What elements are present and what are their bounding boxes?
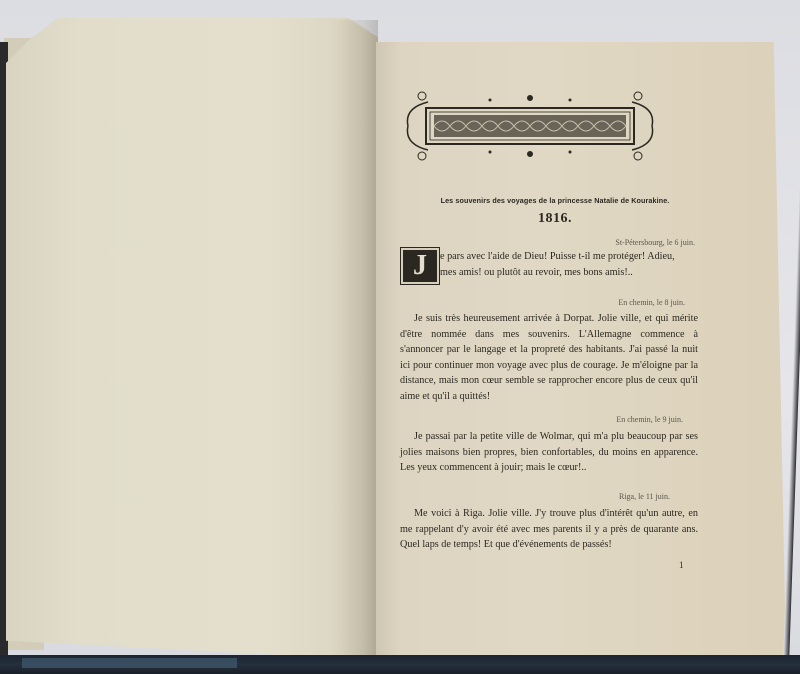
book-cover-right-edge xyxy=(783,40,800,660)
cover-band xyxy=(22,658,237,668)
entry-text-line: e pars avec l'aide de Dieu! Puisse t-il … xyxy=(440,249,698,265)
entry-paragraph: Je suis très heureusement arrivée à Dorp… xyxy=(400,311,698,404)
entry-dateline: En chemin, le 8 juin. xyxy=(540,298,685,307)
decorative-headpiece-icon xyxy=(400,88,660,164)
entry-paragraph: Me voici à Riga. Jolie ville. J'y trouve… xyxy=(400,506,698,553)
page-number: 1 xyxy=(679,560,684,570)
year-heading: 1816. xyxy=(395,211,715,227)
entry-paragraph: Je passai par la petite ville de Wolmar,… xyxy=(400,429,698,476)
entry-text-line: mes amis! ou plutôt au revoir, mes bons … xyxy=(440,265,698,281)
book-cover-bottom xyxy=(0,655,800,674)
left-page-blank xyxy=(6,18,378,660)
book-subtitle: Les souvenirs des voyages de la princess… xyxy=(395,196,715,205)
gutter-shadow xyxy=(330,20,378,660)
dropcap-letter: J xyxy=(401,248,439,284)
entry-dateline: En chemin, le 9 juin. xyxy=(540,415,683,424)
entry-dateline: St-Pétersbourg, le 6 juin. xyxy=(540,238,695,247)
entry-dateline: Riga, le 11 juin. xyxy=(540,492,670,501)
